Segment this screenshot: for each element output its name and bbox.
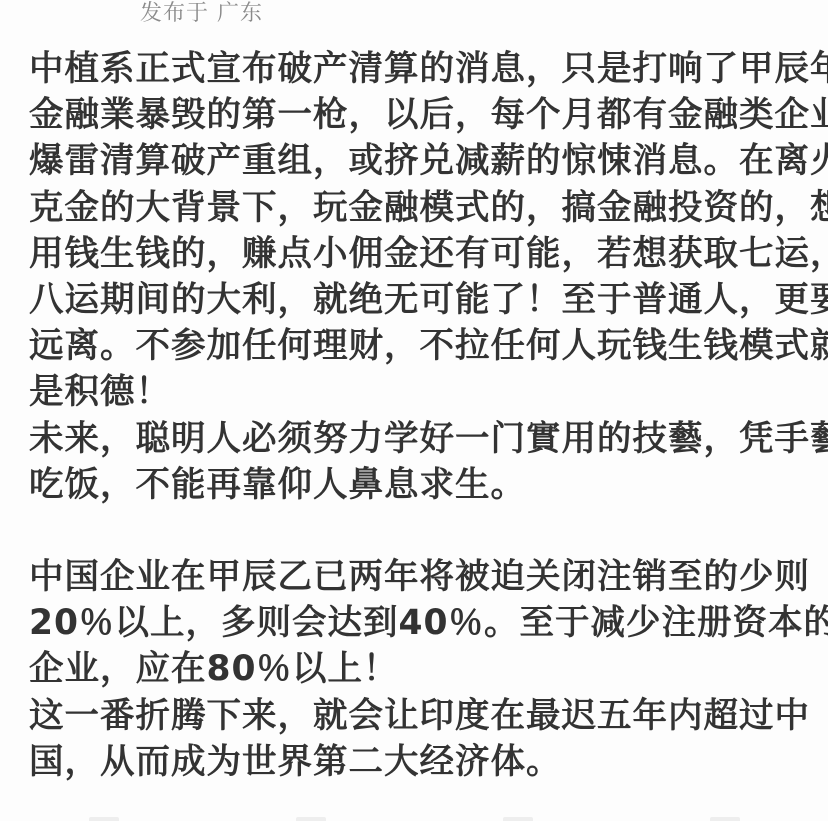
text-line: 八运期间的大利，就绝无可能了！至于普通人，更要 (29, 277, 819, 323)
post-location: 发布于 广东 (140, 0, 263, 30)
action-icon-top-edge[interactable] (89, 817, 119, 821)
action-icon-top-edge[interactable] (296, 817, 326, 821)
paragraph-2: 未来，聪明人必须努力学好一门實用的技藝，凭手藝 吃饭，不能再靠仰人鼻息求生。 (29, 416, 819, 508)
action-bar-edge (0, 811, 828, 821)
text-line: 用钱生钱的，赚点小佣金还有可能，若想获取七运， (29, 231, 819, 277)
post-body: 中植系正式宣布破产清算的消息，只是打响了甲辰年 金融業暴毁的第一枪，以后，每个月… (29, 46, 819, 785)
paragraph-4: 这一番折腾下来，就会让印度在最迟五年内超过中 国，从而成为世界第二大经济体。 (29, 693, 819, 785)
text-line: 克金的大背景下，玩金融模式的，搞金融投资的，想 (29, 185, 819, 231)
text-line: 金融業暴毁的第一枪，以后，每个月都有金融类企业 (29, 92, 819, 138)
text-line: 未来，聪明人必须努力学好一门實用的技藝，凭手藝 (29, 416, 819, 462)
text-line: 企业，应在80％以上！ (29, 646, 819, 692)
paragraph-spacer (29, 508, 819, 554)
text-line: 爆雷清算破产重组，或挤兑减薪的惊悚消息。在离火 (29, 138, 819, 184)
action-icon-top-edge[interactable] (503, 817, 533, 821)
text-line: 是积德！ (29, 369, 819, 415)
text-line: 20％以上，多则会达到40％。至于减少注册资本的 (29, 600, 819, 646)
paragraph-1: 中植系正式宣布破产清算的消息，只是打响了甲辰年 金融業暴毁的第一枪，以后，每个月… (29, 46, 819, 416)
paragraph-3: 中国企业在甲辰乙已两年将被迫关闭注销至的少则 20％以上，多则会达到40％。至于… (29, 554, 819, 693)
text-line: 国，从而成为世界第二大经济体。 (29, 739, 819, 785)
action-icon-top-edge[interactable] (710, 817, 740, 821)
text-line: 远离。不参加任何理财，不拉任何人玩钱生钱模式就 (29, 323, 819, 369)
text-line: 这一番折腾下来，就会让印度在最迟五年内超过中 (29, 693, 819, 739)
text-line: 吃饭，不能再靠仰人鼻息求生。 (29, 462, 819, 508)
text-line: 中植系正式宣布破产清算的消息，只是打响了甲辰年 (29, 46, 819, 92)
text-line: 中国企业在甲辰乙已两年将被迫关闭注销至的少则 (29, 554, 819, 600)
